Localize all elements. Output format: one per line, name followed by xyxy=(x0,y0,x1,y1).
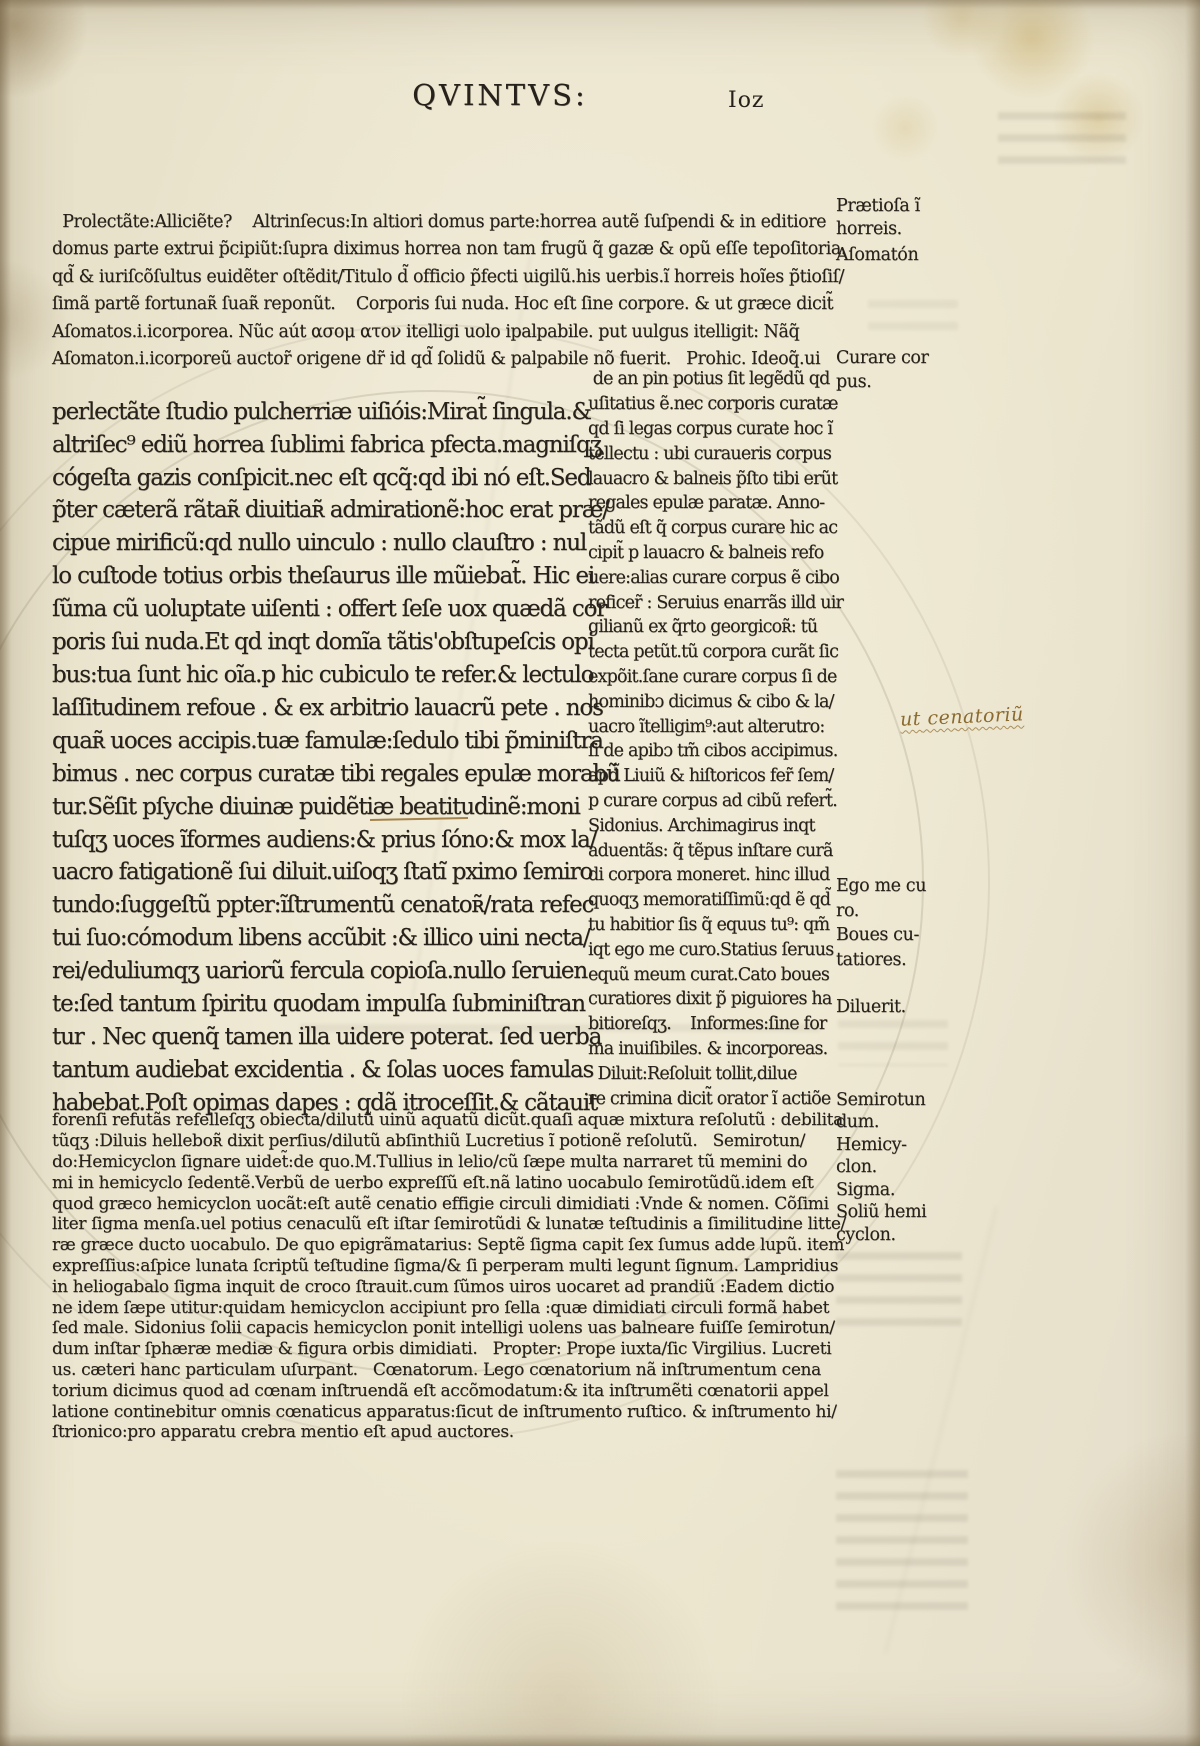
text-line: iqt ego me curo.Statius ſeruus xyxy=(588,938,834,963)
show-through-ghost xyxy=(836,1252,962,1336)
text-line: tu habitior ſis q̃ equus tu⁹: qm̃ xyxy=(588,913,834,938)
text-line: latione continebitur omnis cœnaticus app… xyxy=(52,1402,844,1423)
text-line: dum inſtar ſphæræ mediæ & figura orbis d… xyxy=(52,1339,844,1360)
margin-note-ro: ro. xyxy=(836,901,1006,921)
text-line: do:Hemicyclon ſignare uidet̃:de quo.M.Tu… xyxy=(52,1152,844,1173)
text-line: expreſſius:aſpice lunata ſcriptũ teſtudi… xyxy=(52,1256,844,1277)
text-line: quaʀ̃ uoces accipis.tuæ famulæ:ſedulo ti… xyxy=(52,725,582,758)
text-line: bus:tua ſunt hic oĩa.p hic cubiculo te r… xyxy=(52,659,582,692)
show-through-ghost xyxy=(836,1470,968,1620)
text-line: tur.Sẽſit pſyche diuinæ puidẽtiæ beatitu… xyxy=(52,791,582,824)
margin-note-hemicy: Hemicy- xyxy=(836,1135,1006,1155)
text-line: ſũma cũ uoluptate uiſenti : offert ſeſe … xyxy=(52,593,582,626)
text-line: de an pin potius ſit legẽdũ qd xyxy=(588,367,834,392)
show-through-ghost xyxy=(998,112,1126,170)
text-line: tellectu : ubi curaueris corpus xyxy=(588,442,834,467)
margin-note-dum: dum. xyxy=(836,1112,1006,1132)
text-line: tundo:ſuggeſtũ ppter:ĩſtrumentũ cenatoʀ̃… xyxy=(52,889,582,922)
margin-note-boues: Boues cu- xyxy=(836,925,1006,945)
text-line: uacro fatigationẽ ſui diluit.uiſoqʒ ſtat… xyxy=(52,856,582,889)
margin-note-asomaton: Aſomatón xyxy=(836,245,1006,265)
text-line: laſſitudinem refoue . & ex arbitrio laua… xyxy=(52,692,582,725)
text-line: us. cæteri hanc particulam uſurpant. Cœn… xyxy=(52,1360,844,1381)
text-line: p curare corpus ad cibũ refert̃. xyxy=(588,789,834,814)
text-line: uere:alias curare corpus ẽ cibo xyxy=(588,566,834,591)
text-line: Sidonius. Archimagirus inqt xyxy=(588,814,834,839)
text-line: uacro ĩtelligim⁹:aut alterutro: xyxy=(588,715,834,740)
text-line: rei/eduliumqʒ uariorũ fercula copioſa.nu… xyxy=(52,955,582,988)
margin-note-semirotun: Semirotun xyxy=(836,1090,1006,1110)
text-line: reficer̃ : Seruius enarrãs illd uir xyxy=(588,591,834,616)
margin-note-pus: pus. xyxy=(836,372,1006,392)
text-line: hominibɔ dicimus & cibo & la/ xyxy=(588,690,834,715)
text-line: ſtrionico:pro apparatu crebra mentio eſt… xyxy=(52,1422,844,1443)
text-line: bitioreſqʒ. Informes:ſine for xyxy=(588,1012,834,1037)
text-line: ſed male. Sidonius ſolii capacis hemicyc… xyxy=(52,1318,844,1339)
commentary-column: de an pin potius ſit legẽdũ qduſitatius … xyxy=(588,293,834,1111)
margin-note-diluerit: Diluerit. xyxy=(836,997,1006,1017)
text-line: tuſqʒ uoces ĩformes audiens:& prius ſóno… xyxy=(52,824,582,857)
text-line: tũqʒ :Diluis helleboʀ̃ dixit perſius/dil… xyxy=(52,1131,844,1152)
text-line: domus parte extrui p̃cipiũt:ſupra diximu… xyxy=(52,236,832,264)
text-line: lauacro & balneis p̃ſto tibi erũt xyxy=(588,467,834,492)
page-scan: QVINTVS: Ioz Prolectãte:Alliciẽte? Altri… xyxy=(0,0,1200,1746)
text-line: p̃ter cæterã rãtaʀ̃ diuitiaʀ̃ admiration… xyxy=(52,494,582,527)
margin-note-solium: Soliũ hemi xyxy=(836,1202,1006,1222)
handwritten-marginalia: ut cenatoriũ xyxy=(900,703,1025,730)
margin-note-pretiosa: Prætioſa ĩ xyxy=(836,196,1006,216)
margin-note-sigma: Sigma. xyxy=(836,1180,1006,1200)
margin-note-cyclon: cyclon. xyxy=(836,1225,1006,1245)
show-through-ghost xyxy=(868,300,958,330)
text-line: cipit̃ p lauacro & balneis refo xyxy=(588,541,834,566)
bottom-commentary-block: forenſi refutãs refelleſqʒ obiecta/dilut… xyxy=(52,1048,844,1443)
text-line: expõit.ſane curare corpus ſi de xyxy=(588,665,834,690)
text-line: qd̃ & iuriſcõſultus euidẽter oſtẽdit/Tit… xyxy=(52,264,832,292)
text-line: apd̃ Liuiũ & hiſtoricos fer̃ ſem/ xyxy=(588,764,834,789)
margin-note-horreis: horreis. xyxy=(836,219,1006,239)
text-line: equũ meum curat.Cato boues xyxy=(588,963,834,988)
text-line: bimus . nec corpus curatæ tibi regales e… xyxy=(52,758,582,791)
text-line: in heliogabalo ſigma inquit de croco ſtr… xyxy=(52,1277,844,1298)
main-text-column: perlectãte ſtudio pulcherriæ uiſióis:Mir… xyxy=(52,297,582,1120)
text-line: uſitatius ẽ.nec corporis curatæ xyxy=(588,392,834,417)
margin-note-curare: Curare cor xyxy=(836,348,1006,368)
text-line: torium dicimus quod ad cœnam inſtruendã … xyxy=(52,1381,844,1402)
text-line: tãdũ eſt q̃ corpus curare hic ac xyxy=(588,516,834,541)
text-line: quod græco hemicyclon uocãt:eſt autẽ cen… xyxy=(52,1194,844,1215)
page-title: QVINTVS: xyxy=(320,78,680,112)
text-line: qd ſi legas corpus curate hoc ĩ xyxy=(588,417,834,442)
text-line: ræ græce ducto uocabulo. De quo epigrãma… xyxy=(52,1235,844,1256)
text-line: aduentãs: q̃ tẽpus inſtare curã xyxy=(588,839,834,864)
text-line: poris ſui nuda.Et qd inqt domĩa tãtis'ob… xyxy=(52,626,582,659)
text-line: liter ſigma menſa.uel potius cenaculũ eſ… xyxy=(52,1214,844,1235)
folio-number: Ioz xyxy=(728,88,765,113)
text-line: di corpora moneret. hinc illud xyxy=(588,863,834,888)
text-line: tecta petũt.tũ corpora curãt ſic xyxy=(588,640,834,665)
text-line: mi in hemicyclo ſedentẽ.Verbũ de uerbo e… xyxy=(52,1173,844,1194)
text-line: ne idem ſæpe utitur:quidam hemicyclon ac… xyxy=(52,1298,844,1319)
text-line: Prolectãte:Alliciẽte? Altrinſecus:In alt… xyxy=(52,209,832,237)
show-through-ghost xyxy=(838,1020,948,1066)
text-line: regales epulæ paratæ. Anno- xyxy=(588,491,834,516)
margin-note-tatiores: tatiores. xyxy=(836,950,1006,970)
text-line: curatiores dixit p̃ piguiores ha xyxy=(588,987,834,1012)
text-line: cipue mirificũ:qd nullo uinculo : nullo … xyxy=(52,527,582,560)
margin-note-ego-me: Ego me cu xyxy=(836,876,1006,896)
text-line: forenſi refutãs refelleſqʒ obiecta/dilut… xyxy=(52,1110,844,1131)
text-line: perlectãte ſtudio pulcherriæ uiſióis:Mir… xyxy=(52,396,582,429)
text-line: ſi de apibɔ tm̃ cibos accipimus. xyxy=(588,739,834,764)
text-line: te:ſed tantum ſpiritu quodam impulſa ſub… xyxy=(52,988,582,1021)
paper-crease xyxy=(884,1207,997,1654)
text-line: tui ſuo:cómodum libens accũbit :& illico… xyxy=(52,922,582,955)
text-line: quoqʒ memoratiſſimũ:qd ẽ qd̃ xyxy=(588,888,834,913)
margin-note-clon: clon. xyxy=(836,1157,1006,1177)
text-line: gilianũ ex q̃rto georgicoʀ̃: tũ xyxy=(588,615,834,640)
text-line: cógeſta gazis conſpicit.nec eſt qcq̃:qd … xyxy=(52,462,582,495)
text-line: altriſec⁹ ediũ horrea ſublimi fabrica pf… xyxy=(52,429,582,462)
text-line: lo cuſtode totius orbis theſaurus ille m… xyxy=(52,560,582,593)
